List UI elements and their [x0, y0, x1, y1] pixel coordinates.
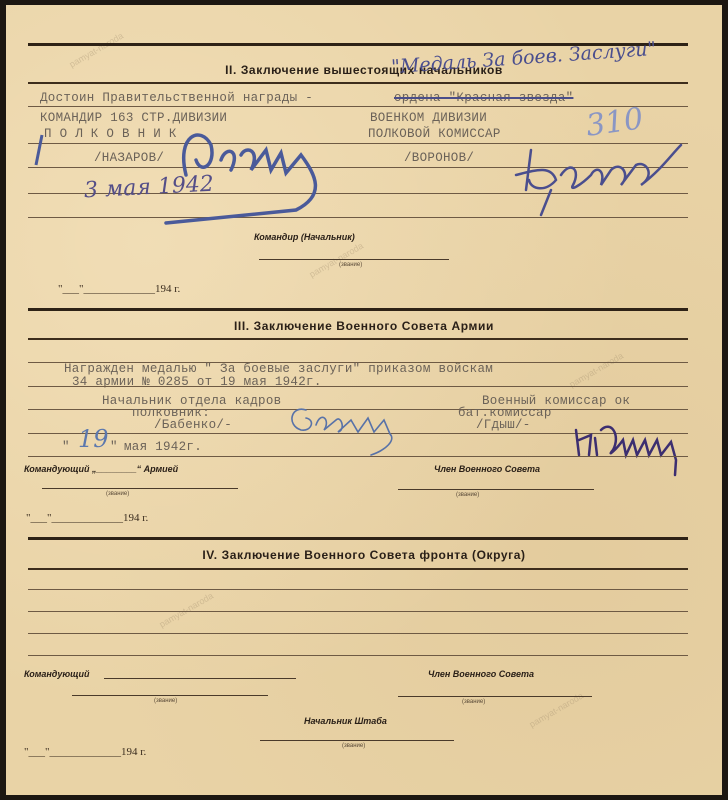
watermark: pamyat-naroda [568, 351, 625, 390]
handwritten-day: 19 [78, 425, 109, 453]
signature-line [260, 740, 454, 741]
divider [28, 82, 688, 84]
signature-line [398, 489, 594, 490]
commissar-title: ВОЕНКОМ ДИВИЗИИ [370, 111, 487, 125]
signature-line [42, 488, 238, 489]
rank-caption: (звание) [456, 492, 479, 498]
left-signature [276, 390, 416, 460]
rank-caption: (звание) [339, 262, 362, 268]
commissar-rank: ПОЛКОВОЙ КОМИССАР [368, 127, 501, 141]
chief-of-staff-label: Начальник Штаба [304, 716, 387, 726]
signature-line [104, 678, 296, 679]
date-close-quote: " [110, 440, 118, 454]
document-sheet: pamyat-naroda pamyat-naroda pamyat-narod… [6, 5, 722, 795]
form-line [28, 589, 688, 590]
commissar-signature [511, 130, 701, 220]
form-line [28, 655, 688, 656]
struck-award: ордена "Красная звезда" [394, 91, 573, 105]
rank-caption: (звание) [342, 743, 365, 749]
rank-caption: (звание) [462, 699, 485, 705]
section4-heading: IV. Заключение Военного Совета фронта (О… [6, 548, 722, 562]
divider [28, 308, 688, 311]
council-member-label: Член Военного Совета [428, 669, 534, 679]
form-line [28, 106, 688, 107]
right-signature [571, 410, 701, 480]
commissar-name: /ВОРОНОВ/ [404, 151, 474, 165]
rank-caption: (звание) [106, 491, 129, 497]
section3-heading: III. Заключение Военного Совета Армии [6, 319, 722, 333]
form-line [28, 456, 688, 457]
section2-heading: II. Заключение вышестоящих начальников [6, 63, 722, 77]
watermark: pamyat-naroda [158, 591, 215, 630]
form-line [28, 633, 688, 634]
council-member-label: Член Военного Совета [434, 464, 540, 474]
signature-line [72, 695, 268, 696]
divider [28, 537, 688, 540]
army-commander-label: Командующий „________“ Армией [24, 464, 178, 474]
form-line [28, 386, 688, 387]
date-field: "___"_____________194 г. [58, 283, 180, 295]
signature-line [259, 259, 449, 260]
date-rest: мая 1942г. [124, 440, 202, 454]
date-open-quote: " [62, 440, 70, 454]
signature-line [398, 696, 592, 697]
form-line [28, 611, 688, 612]
commander-label: Командир (Начальник) [254, 232, 355, 242]
right-name: /Гдыш/- [476, 418, 531, 432]
award-line: Достоин Правительственной награды - [40, 91, 313, 105]
date-field: "___"_____________194 г. [26, 512, 148, 524]
date-field: "___"_____________194 г. [24, 746, 146, 758]
rank-caption: (звание) [154, 698, 177, 704]
award-text-line1: Награжден медалью " За боевые заслуги" п… [64, 362, 493, 376]
divider [28, 568, 688, 570]
front-commander-label: Командующий [24, 669, 90, 679]
divider [28, 338, 688, 340]
left-name: /Бабенко/- [154, 418, 232, 432]
watermark: pamyat-naroda [308, 241, 365, 280]
